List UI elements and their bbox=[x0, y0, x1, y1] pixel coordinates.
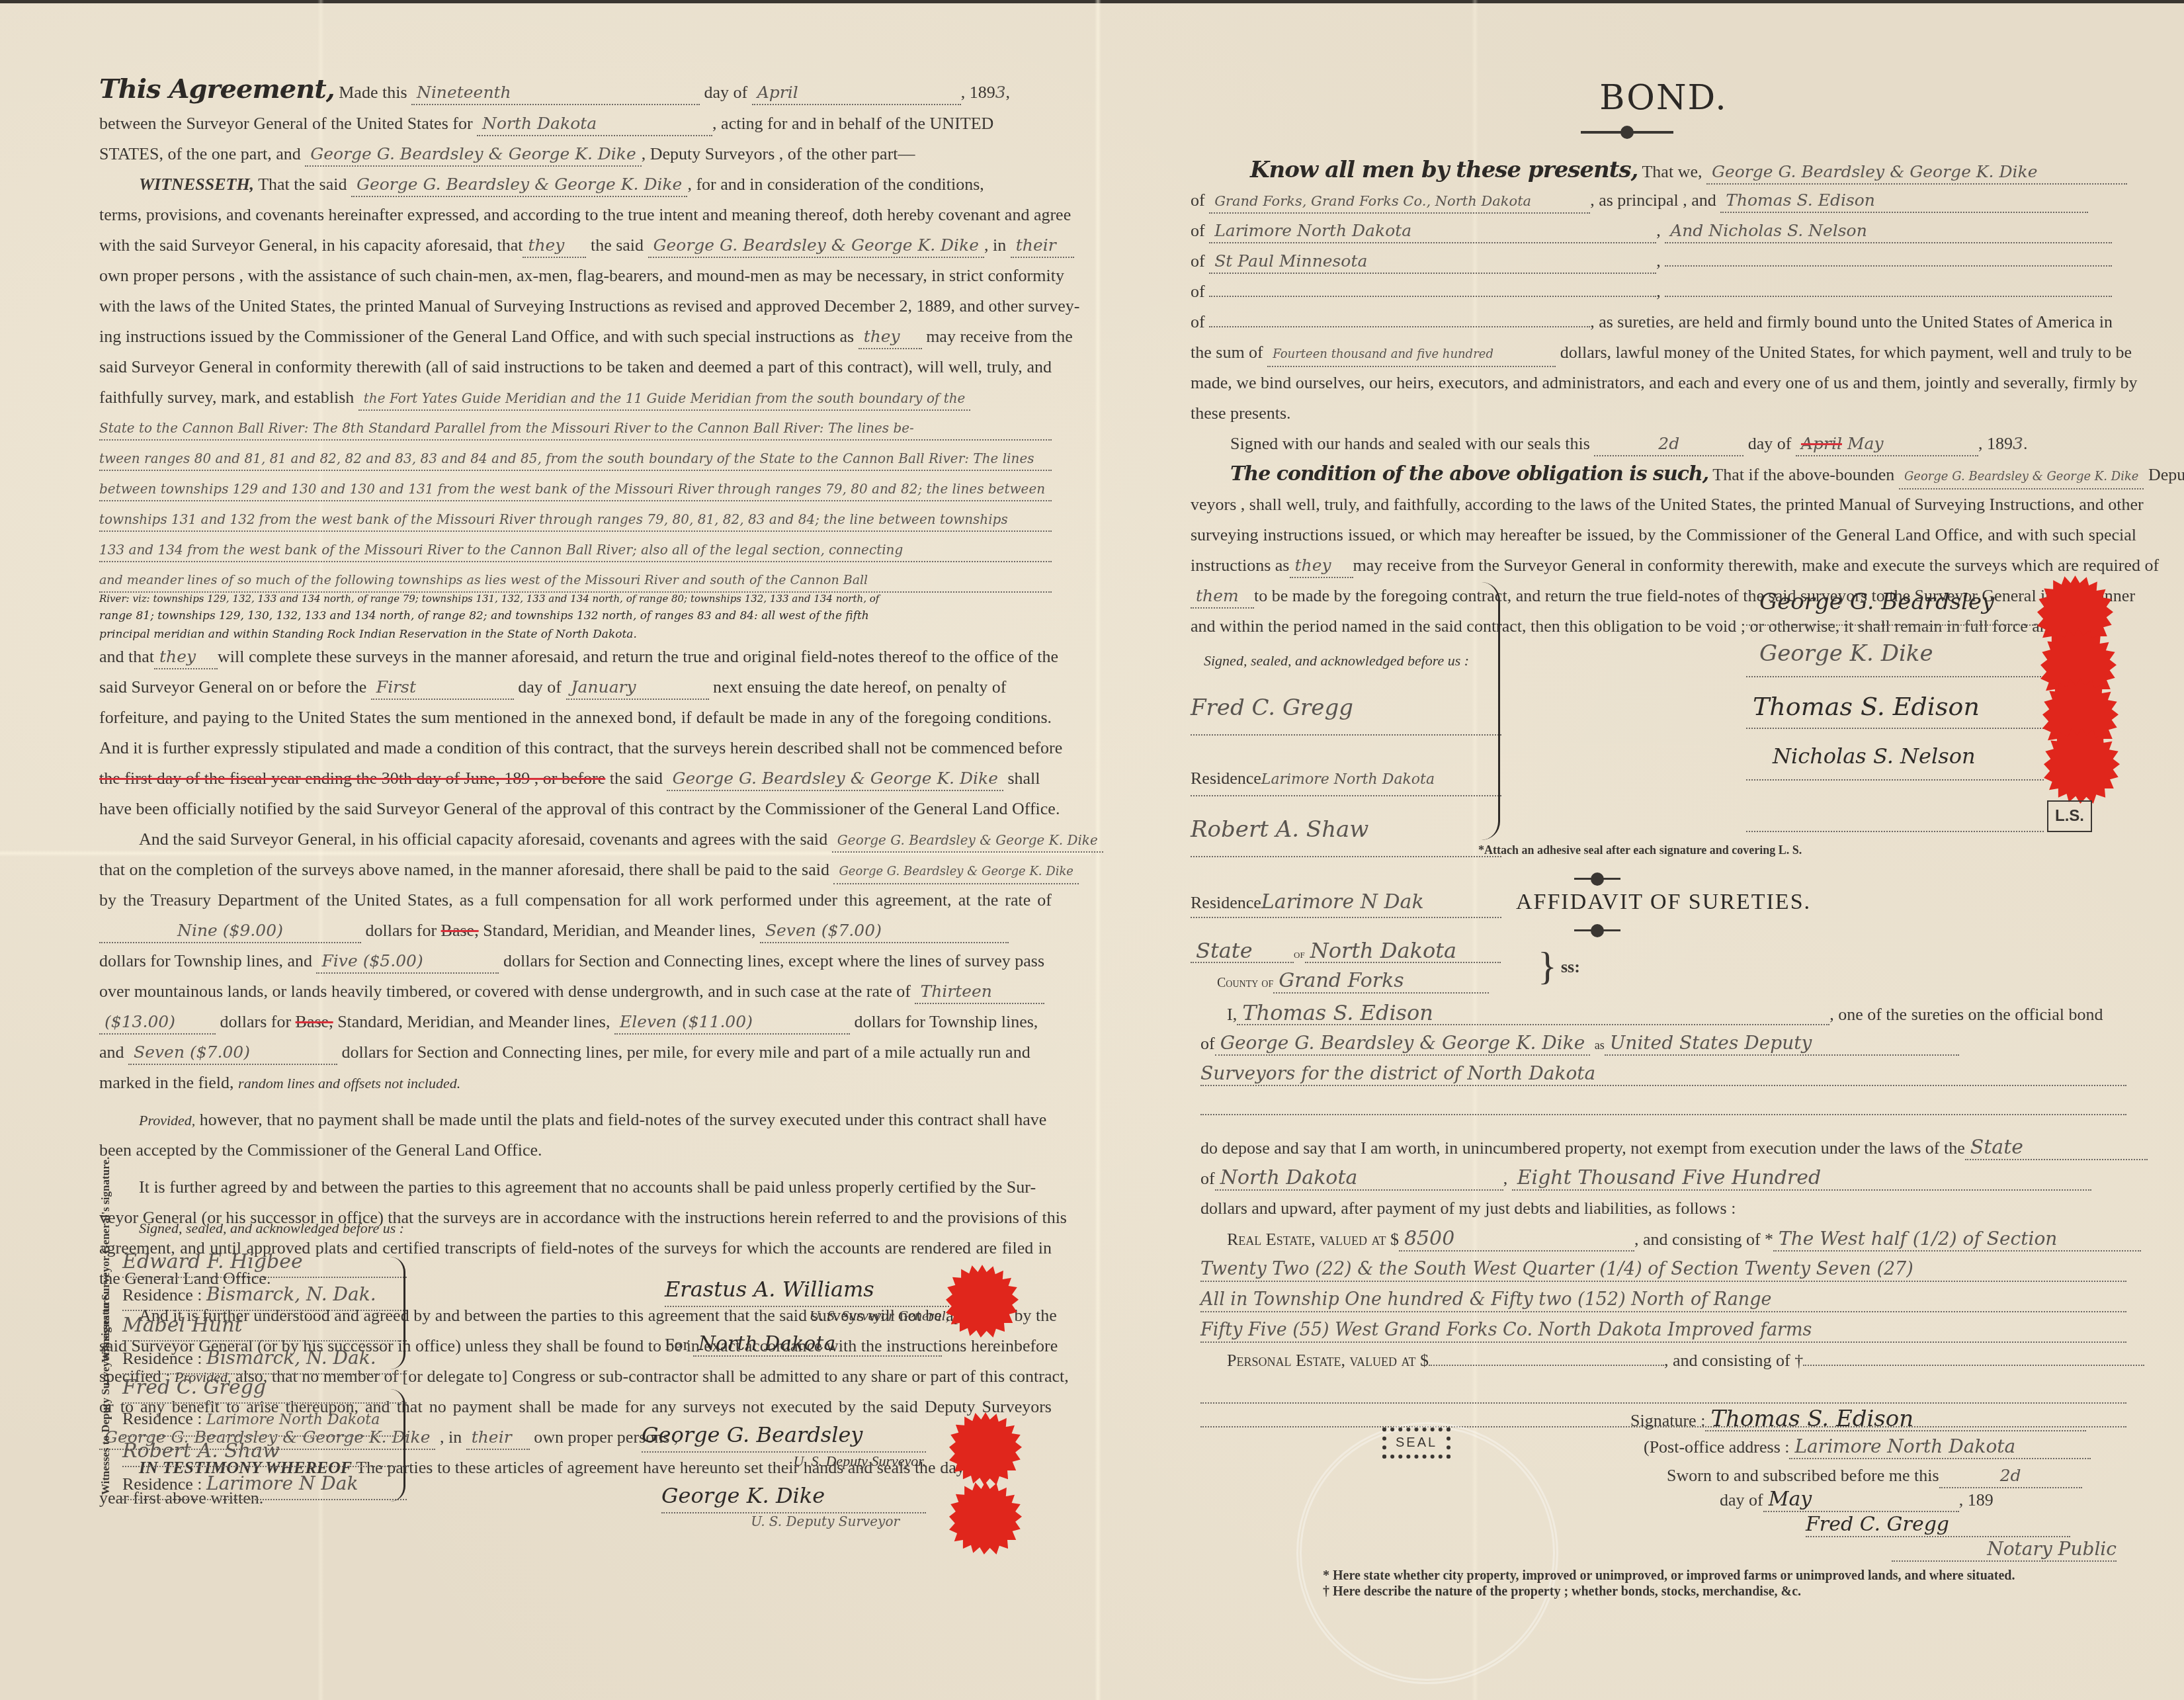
deputy-surveyor-signature-block: George G. Beardsley U. S. Deputy Surveyo… bbox=[642, 1422, 926, 1529]
agreement-day: Nineteenth bbox=[411, 81, 700, 105]
bond-signed-month: April May bbox=[1796, 433, 1978, 456]
affiant-signature: Thomas S. Edison bbox=[1705, 1408, 2086, 1431]
affiant-worth: Eight Thousand Five Hundred bbox=[1512, 1167, 2091, 1191]
bond-witnesses: Fred C. Gregg ResidenceLarimore North Da… bbox=[1191, 695, 1501, 918]
survey-description-line: 133 and 134 from the west bank of the Mi… bbox=[99, 538, 1052, 562]
ls-locus-sigilli: L.S. bbox=[2047, 800, 2092, 832]
real-estate-description: Twenty Two (22) & the South West Quarter… bbox=[1200, 1258, 2126, 1282]
sworn-day: 2d bbox=[1939, 1465, 2082, 1488]
venue-state-label: State bbox=[1191, 939, 1294, 963]
agreement-month: April bbox=[752, 81, 961, 105]
ornament-divider bbox=[1581, 131, 1673, 134]
attach-seal-note: *Attach an adhesive seal after each sign… bbox=[1478, 839, 2007, 861]
embossed-notary-seal bbox=[1296, 1422, 1558, 1684]
venue-county: Grand Forks bbox=[1273, 970, 1489, 994]
rate-section-lines-difficult: Seven ($7.00) bbox=[128, 1041, 337, 1065]
affiant-state: North Dakota bbox=[1215, 1167, 1503, 1191]
witness-residence: Bismarck, N. Dak. bbox=[206, 1283, 376, 1305]
witness-name: Fred C. Gregg bbox=[1191, 695, 1501, 736]
witness-residence: Bismarck, N. Dak. bbox=[206, 1347, 376, 1369]
agreement-title: This Agreement, bbox=[99, 73, 335, 105]
rate-township-lines: Seven ($7.00) bbox=[760, 919, 1009, 943]
bond-signatures: George G. Beardsley George K. Dike Thoma… bbox=[1746, 589, 2044, 832]
agreement-state: North Dakota bbox=[477, 112, 712, 136]
ornament-divider bbox=[1574, 878, 1620, 880]
survey-description-line: townships 131 and 132 from the west bank… bbox=[99, 508, 1052, 532]
witness-name: Robert A. Shaw bbox=[1191, 816, 1501, 857]
witness-residence: Larimore North Dakota bbox=[1261, 771, 1435, 788]
real-estate-description: Fifty Five (55) West Grand Forks Co. Nor… bbox=[1200, 1319, 2126, 1343]
surety-name: And Nicholas S. Nelson bbox=[1665, 220, 2112, 243]
bond-signature: George G. Beardsley bbox=[1746, 589, 2044, 626]
completion-day: First bbox=[371, 676, 514, 700]
deputy-surveyor-signature: George K. Dike bbox=[661, 1483, 926, 1513]
bond-title: BOND. bbox=[1191, 78, 2136, 118]
sg-witnesses: Edward F. Higbee Residence : Bismarck, N… bbox=[122, 1250, 407, 1375]
signed-sealed-label: Signed, sealed, and acknowledged before … bbox=[139, 1217, 470, 1240]
bond-signature: Thomas S. Edison bbox=[1746, 692, 2044, 729]
deputy-surveyors: George G. Beardsley & George K. Dike bbox=[305, 143, 641, 167]
ds-witnesses: Fred C. Gregg Residence : Larimore North… bbox=[122, 1376, 407, 1500]
bond-sum: Fourteen thousand and five hundred bbox=[1267, 343, 1556, 367]
rate-standard-lines-difficult: ($13.00) bbox=[99, 1011, 216, 1035]
notary-signature: Fred C. Gregg bbox=[1806, 1513, 2070, 1537]
agreement-heading-line: This Agreement, Made this Nineteenth day… bbox=[99, 78, 1052, 105]
real-estate-value: 8500 bbox=[1399, 1228, 1634, 1252]
struck-text: the first day of the fiscal year ending … bbox=[99, 769, 605, 788]
rate-section-lines: Five ($5.00) bbox=[316, 950, 499, 974]
witness-name: Robert A. Shaw bbox=[122, 1439, 407, 1467]
surveyor-general-state: North Dakota bbox=[693, 1332, 942, 1357]
witness-name: Edward F. Higbee bbox=[122, 1250, 407, 1278]
sworn-month: May bbox=[1763, 1488, 1959, 1512]
survey-description-line: principal meridian and within Standing R… bbox=[99, 623, 1052, 646]
surety-name: Thomas S. Edison bbox=[1720, 189, 2088, 213]
surety-residence: St Paul Minnesota bbox=[1209, 250, 1656, 274]
venue-state: North Dakota bbox=[1305, 939, 1501, 963]
post-office-address: Larimore North Dakota bbox=[1789, 1435, 2091, 1459]
bond-signature: Nicholas S. Nelson bbox=[1746, 744, 2044, 781]
deputy-surveyor-signature: George G. Beardsley bbox=[642, 1422, 926, 1453]
bond-signature: George K. Dike bbox=[1746, 640, 2044, 677]
rate-standard-lines: Nine ($9.00) bbox=[99, 919, 361, 943]
ornament-divider bbox=[1574, 929, 1620, 931]
seal-placeholder: SEAL bbox=[1382, 1427, 1450, 1459]
bracket bbox=[390, 1257, 405, 1369]
affidavit-title: AFFIDAVIT OF SURETIES. bbox=[1191, 890, 2136, 915]
real-estate-description: All in Township One hundred & Fifty two … bbox=[1200, 1289, 2126, 1312]
witness-name: Mabel Hunt bbox=[122, 1314, 407, 1341]
bond-principals: George G. Beardsley & George K. Dike bbox=[1706, 161, 2127, 185]
surety-residence: Larimore North Dakota bbox=[1209, 220, 1656, 243]
rate-township-lines-difficult: Eleven ($11.00) bbox=[614, 1011, 850, 1035]
witness-name: Fred C. Gregg bbox=[122, 1376, 407, 1404]
surveyor-general-signature-block: Erastus A. Williams U. S. Surveyor Gener… bbox=[665, 1277, 949, 1357]
survey-description-line: between townships 129 and 130 and 130 an… bbox=[99, 478, 1052, 501]
bond-of: George G. Beardsley & George K. Dike bbox=[1215, 1032, 1591, 1056]
footnote: † Here describe the nature of the proper… bbox=[1323, 1584, 1801, 1599]
surveyor-general-signature: Erastus A. Williams bbox=[665, 1277, 949, 1307]
principal-residence: Grand Forks, Grand Forks Co., North Dako… bbox=[1209, 190, 1590, 214]
notary-title: Notary Public bbox=[1892, 1538, 2117, 1562]
witness-label-deputy-surveyor: Witnesses to Deputy Surveyor's signature… bbox=[99, 1376, 112, 1495]
survey-description-line: tween ranges 80 and 81, 81 and 82, 82 an… bbox=[99, 447, 1052, 471]
survey-description-line: State to the Cannon Ball River: The 8th … bbox=[99, 417, 1052, 441]
bond-signed-day: 2d bbox=[1594, 433, 1743, 456]
footnote: * Here state whether city property, impr… bbox=[1323, 1568, 2015, 1584]
bracket bbox=[1482, 582, 1500, 840]
witness-residence: Larimore N Dak bbox=[206, 1472, 358, 1494]
bracket bbox=[390, 1389, 405, 1502]
completion-month: January bbox=[566, 676, 709, 700]
know-all-men: Know all men by these presents, bbox=[1250, 157, 1638, 183]
affiant-name: Thomas S. Edison bbox=[1237, 1001, 1829, 1025]
agreement-year: 3 bbox=[995, 83, 1006, 102]
witness-residence: Larimore North Dakota bbox=[206, 1412, 380, 1428]
condition-title: The condition of the above obligation is… bbox=[1230, 462, 1708, 486]
document-sheet: This Agreement, Made this Nineteenth day… bbox=[0, 0, 2184, 1700]
personal-estate-value bbox=[1429, 1365, 1664, 1366]
